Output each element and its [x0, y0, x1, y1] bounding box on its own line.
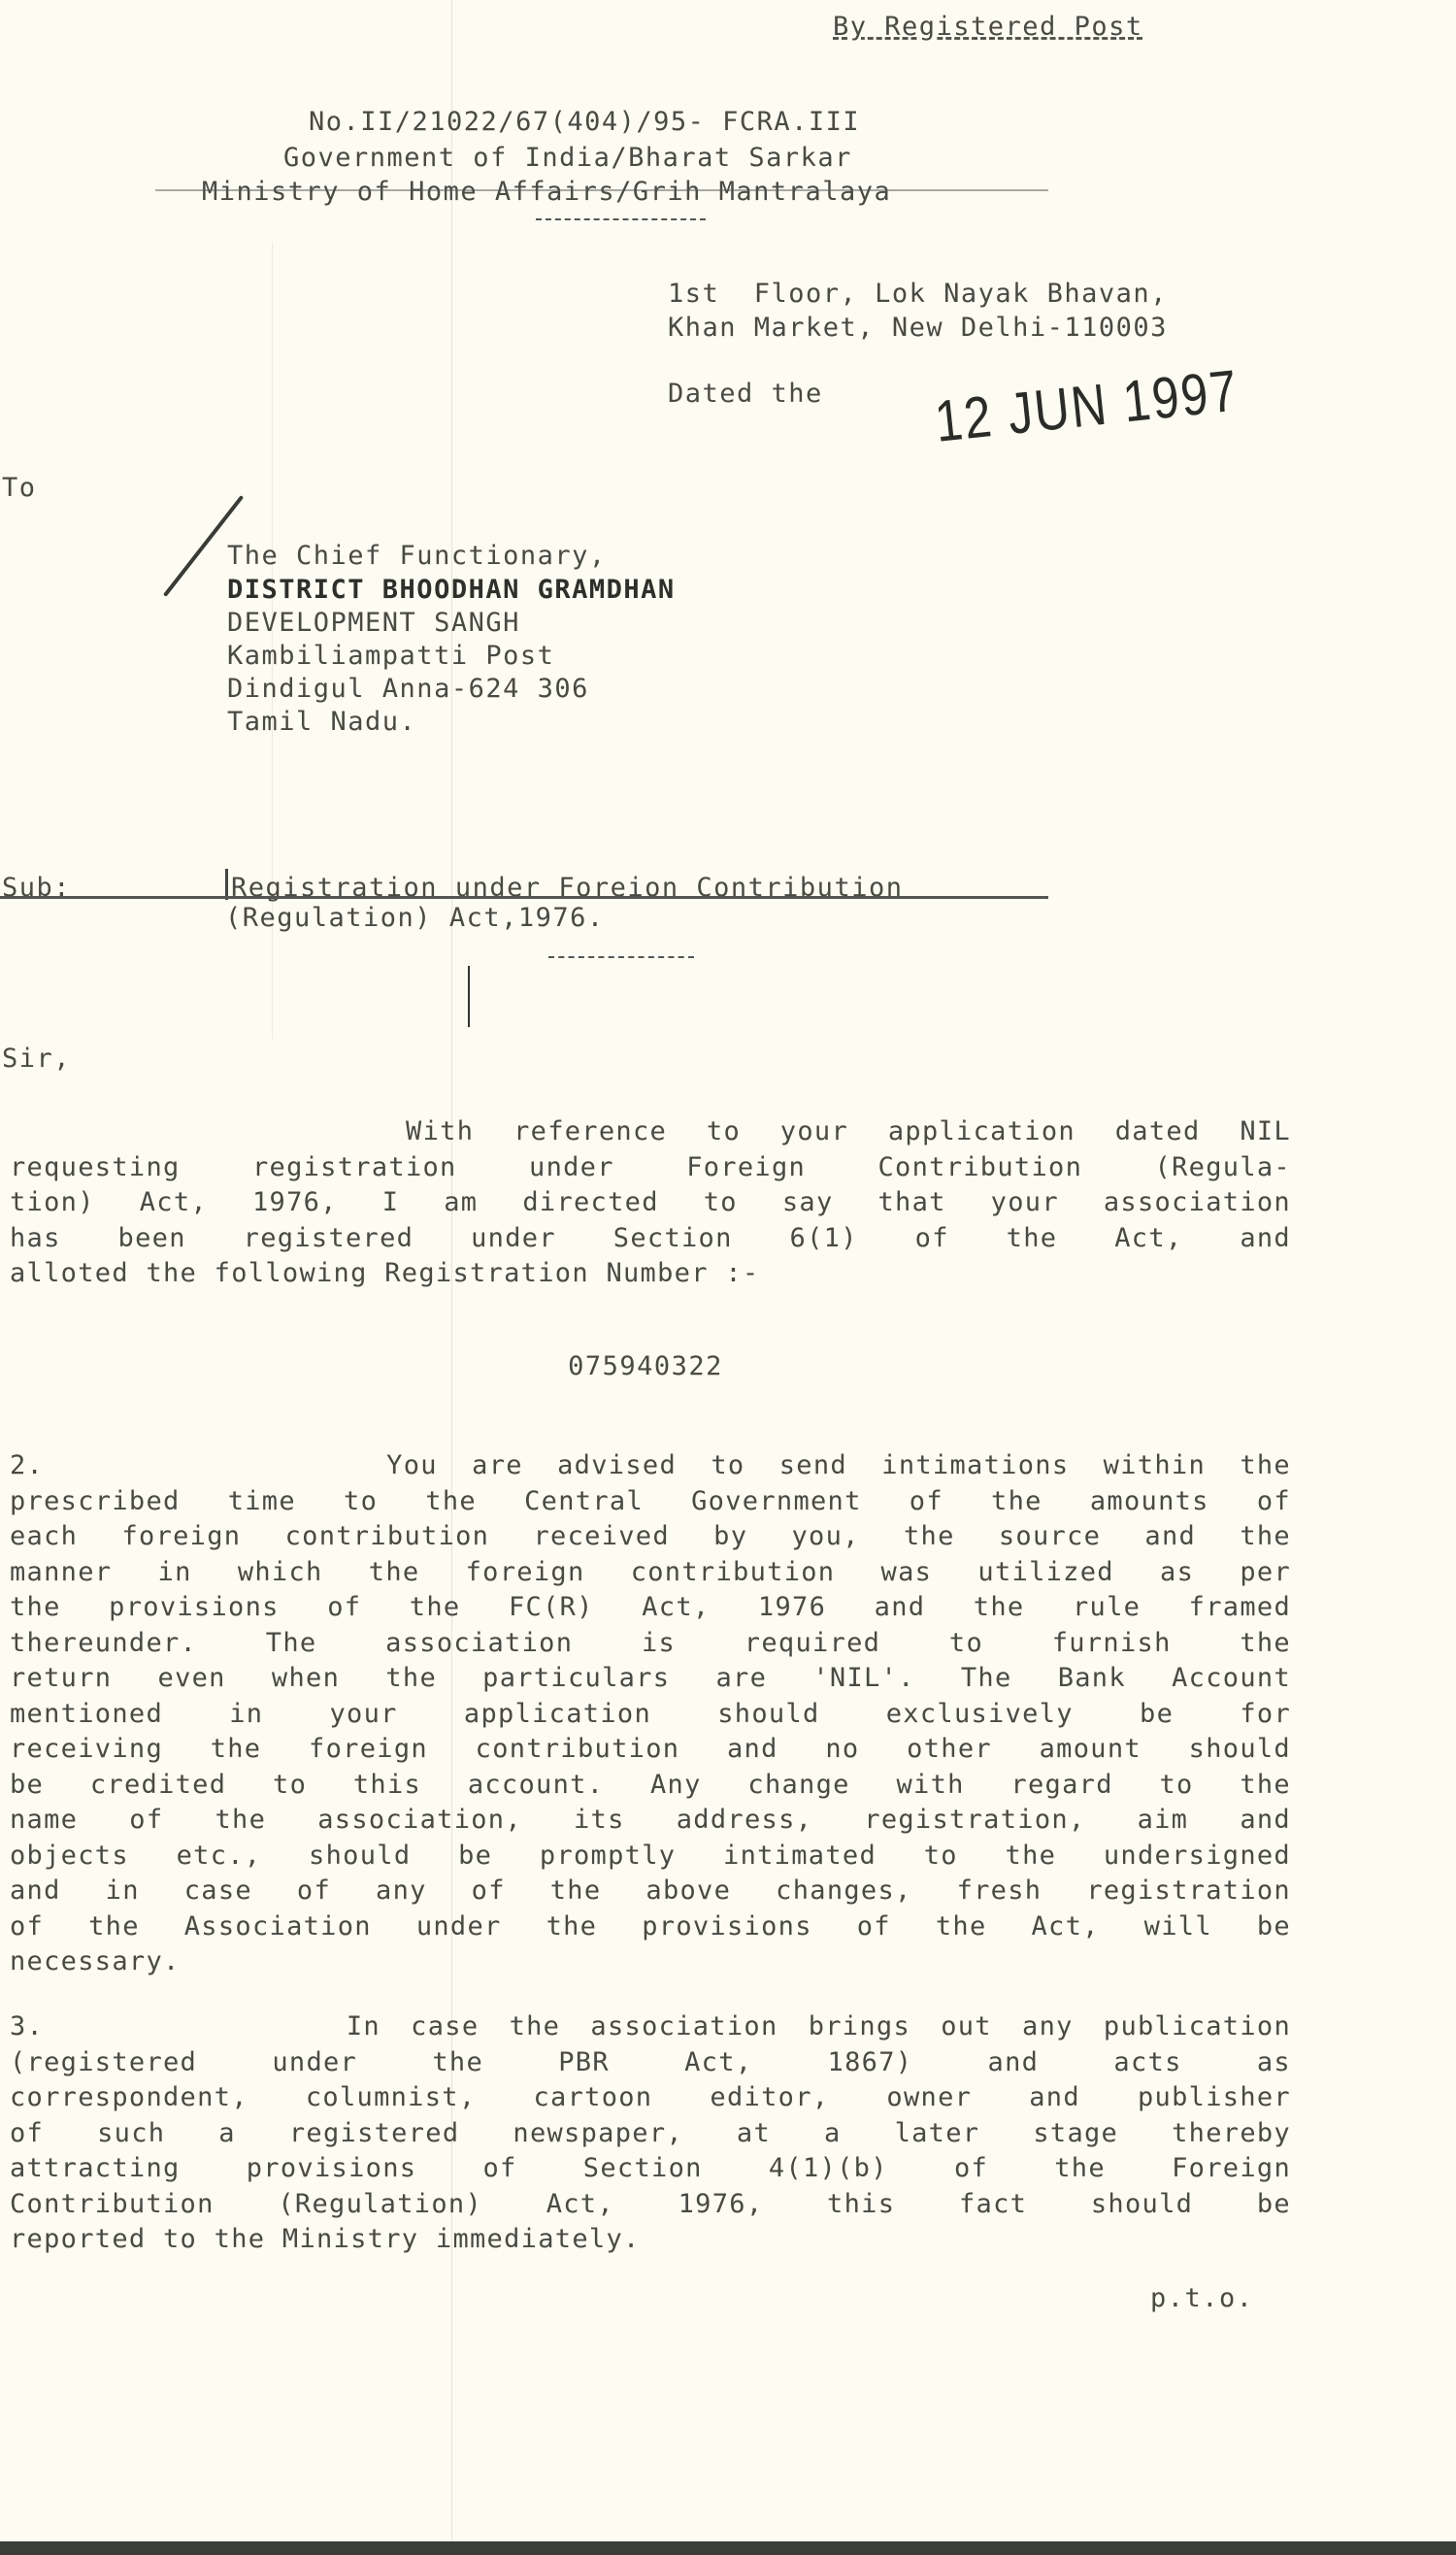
recipient-line-3: DEVELOPMENT SANGH [227, 606, 520, 641]
to-label: To [2, 471, 37, 506]
subject-line-2: (Regulation) Act,1976. [225, 901, 605, 936]
header-divider [536, 218, 706, 220]
recipient-organization: DISTRICT BHOODHAN GRAMDHAN [227, 573, 676, 608]
paragraph-1: With reference to your application dated… [10, 1114, 1291, 1292]
recipient-line-6: Tamil Nadu. [227, 705, 416, 740]
date-stamp: 12 JUN 1997 [932, 356, 1241, 455]
subject-underline [0, 896, 1048, 899]
strike-line [155, 189, 1048, 191]
reference-number: No.II/21022/67(404)/95- FCRA.III [309, 105, 860, 140]
margin-mark [468, 966, 470, 1027]
recipient-line-5: Dindigul Anna-624 306 [227, 672, 589, 707]
government-header: Government of India/Bharat Sarkar [283, 141, 852, 176]
paragraph-3: 3. In case the association brings out an… [10, 2009, 1291, 2258]
letter-page: By Registered Post No.II/21022/67(404)/9… [0, 0, 1456, 2555]
registration-number: 075940322 [0, 1349, 1291, 1384]
delivery-mode: By Registered Post [833, 10, 1143, 45]
dated-label: Dated the [668, 377, 823, 412]
subject-label: Sub: [2, 871, 71, 906]
recipient-line-4: Kambiliampatti Post [227, 639, 554, 674]
office-address-line-1: 1st Floor, Lok Nayak Bhavan, [668, 277, 1168, 312]
please-turn-over: p.t.o. [1150, 2281, 1254, 2316]
paragraph-2: 2. You are advised to send intimations w… [10, 1448, 1291, 1980]
recipient-line-1: The Chief Functionary, [227, 539, 607, 574]
ministry-header: Ministry of Home Affairs/Grih Mantralaya [202, 175, 891, 210]
office-address-line-2: Khan Market, New Delhi-110003 [668, 311, 1168, 346]
salutation: Sir, [2, 1042, 71, 1077]
scan-bottom-edge [0, 2541, 1456, 2555]
subject-divider [548, 956, 694, 958]
